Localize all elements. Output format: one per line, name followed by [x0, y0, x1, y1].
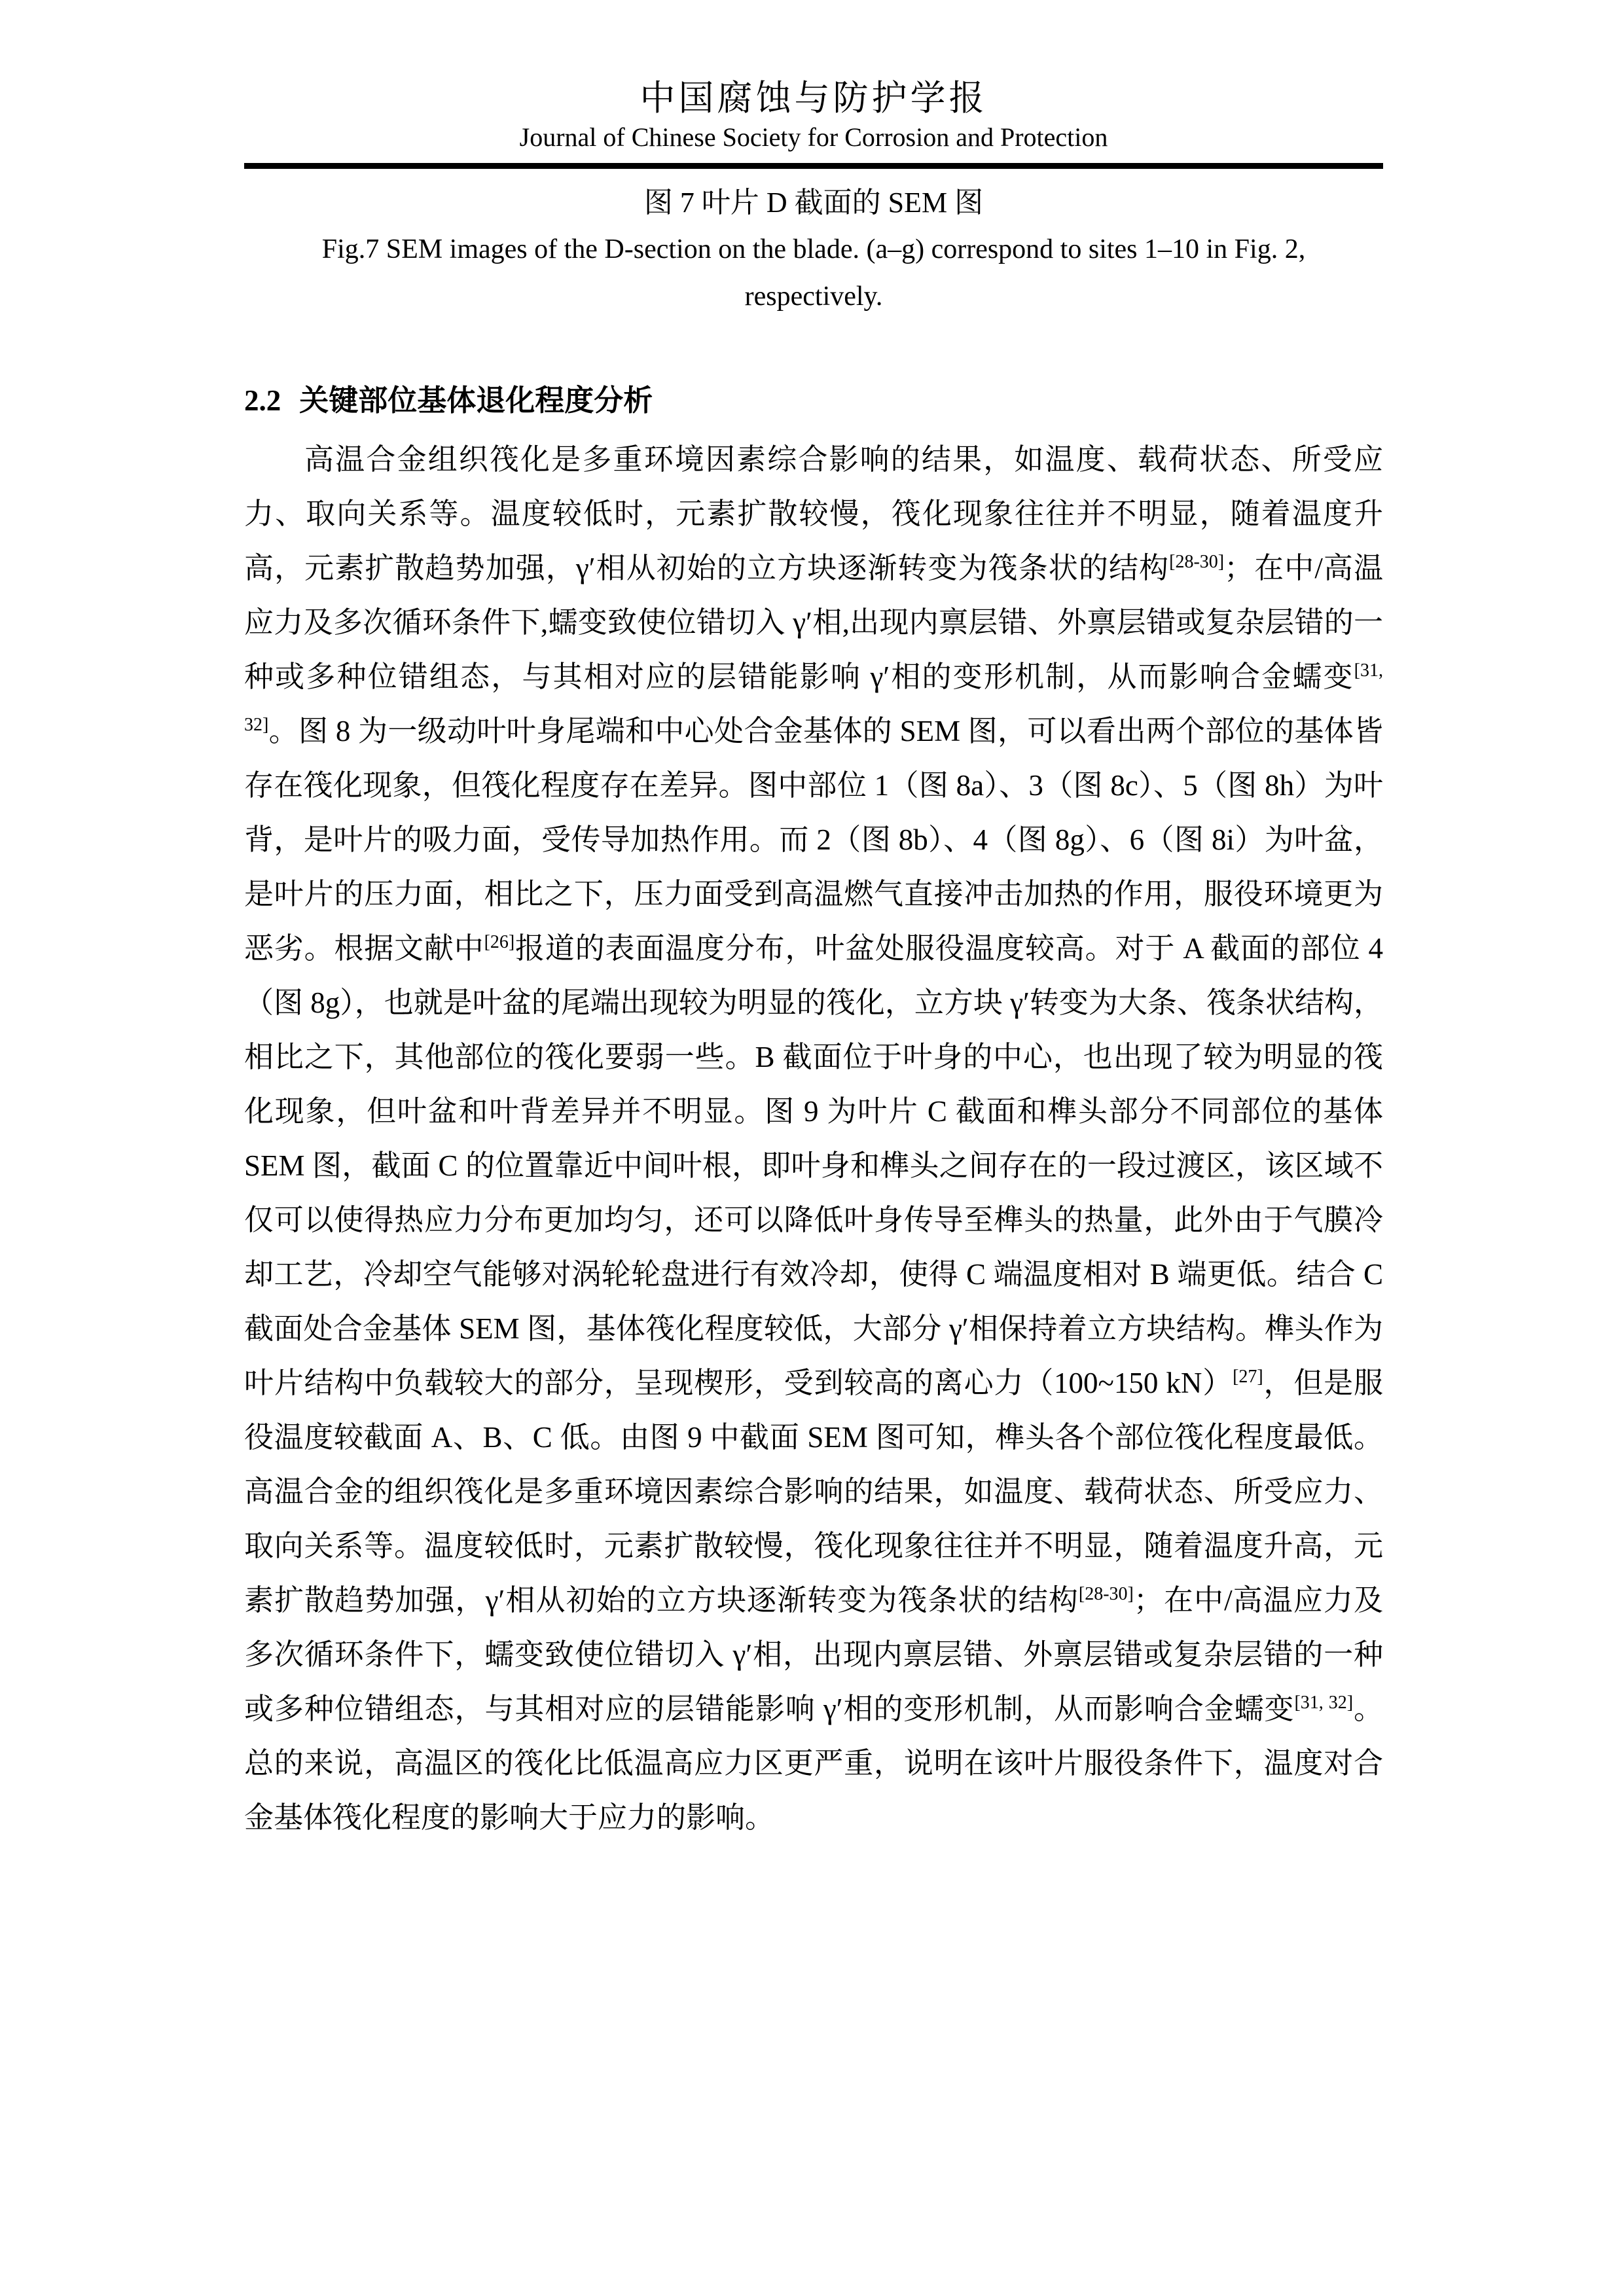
figure-caption-en-line1: Fig.7 SEM images of the D-section on the… — [244, 226, 1383, 273]
figure-caption-zh: 图 7 叶片 D 截面的 SEM 图 — [244, 185, 1383, 221]
section-number: 2.2 — [244, 384, 281, 417]
paragraph-text: ，但是服役温度较截面 A、B、C 低。由图 9 中截面 SEM 图可知，榫头各个… — [244, 1367, 1383, 1617]
page-content: 中国腐蚀与防护学报 Journal of Chinese Society for… — [244, 77, 1383, 1845]
citation-marker: [28-30] — [1169, 552, 1224, 572]
section-heading: 2.2关键部位基体退化程度分析 — [244, 383, 1383, 418]
journal-title-en: Journal of Chinese Society for Corrosion… — [244, 122, 1383, 152]
body-paragraph: 高温合金组织筏化是多重环境因素综合影响的结果，如温度、载荷状态、所受应力、取向关… — [244, 433, 1383, 1845]
paragraph-text: 报道的表面温度分布，叶盆处服役温度较高。对于 A 截面的部位 4（图 8g），也… — [244, 932, 1383, 1399]
citation-marker: [27] — [1233, 1367, 1263, 1387]
figure-caption-en-line2: respectively. — [244, 273, 1383, 320]
journal-title-zh: 中国腐蚀与防护学报 — [244, 77, 1383, 120]
paragraph-text: 。图 8 为一级动叶叶身尾端和中心处合金基体的 SEM 图，可以看出两个部位的基… — [244, 715, 1383, 965]
figure-caption-en: Fig.7 SEM images of the D-section on the… — [244, 226, 1383, 320]
citation-marker: [31, 32] — [1294, 1693, 1353, 1713]
header-rule-divider — [244, 163, 1383, 169]
citation-marker: [26] — [484, 932, 515, 952]
section-title: 关键部位基体退化程度分析 — [299, 384, 653, 417]
citation-marker: [28-30] — [1079, 1584, 1134, 1604]
journal-page: 中国腐蚀与防护学报 Journal of Chinese Society for… — [0, 0, 1624, 2296]
